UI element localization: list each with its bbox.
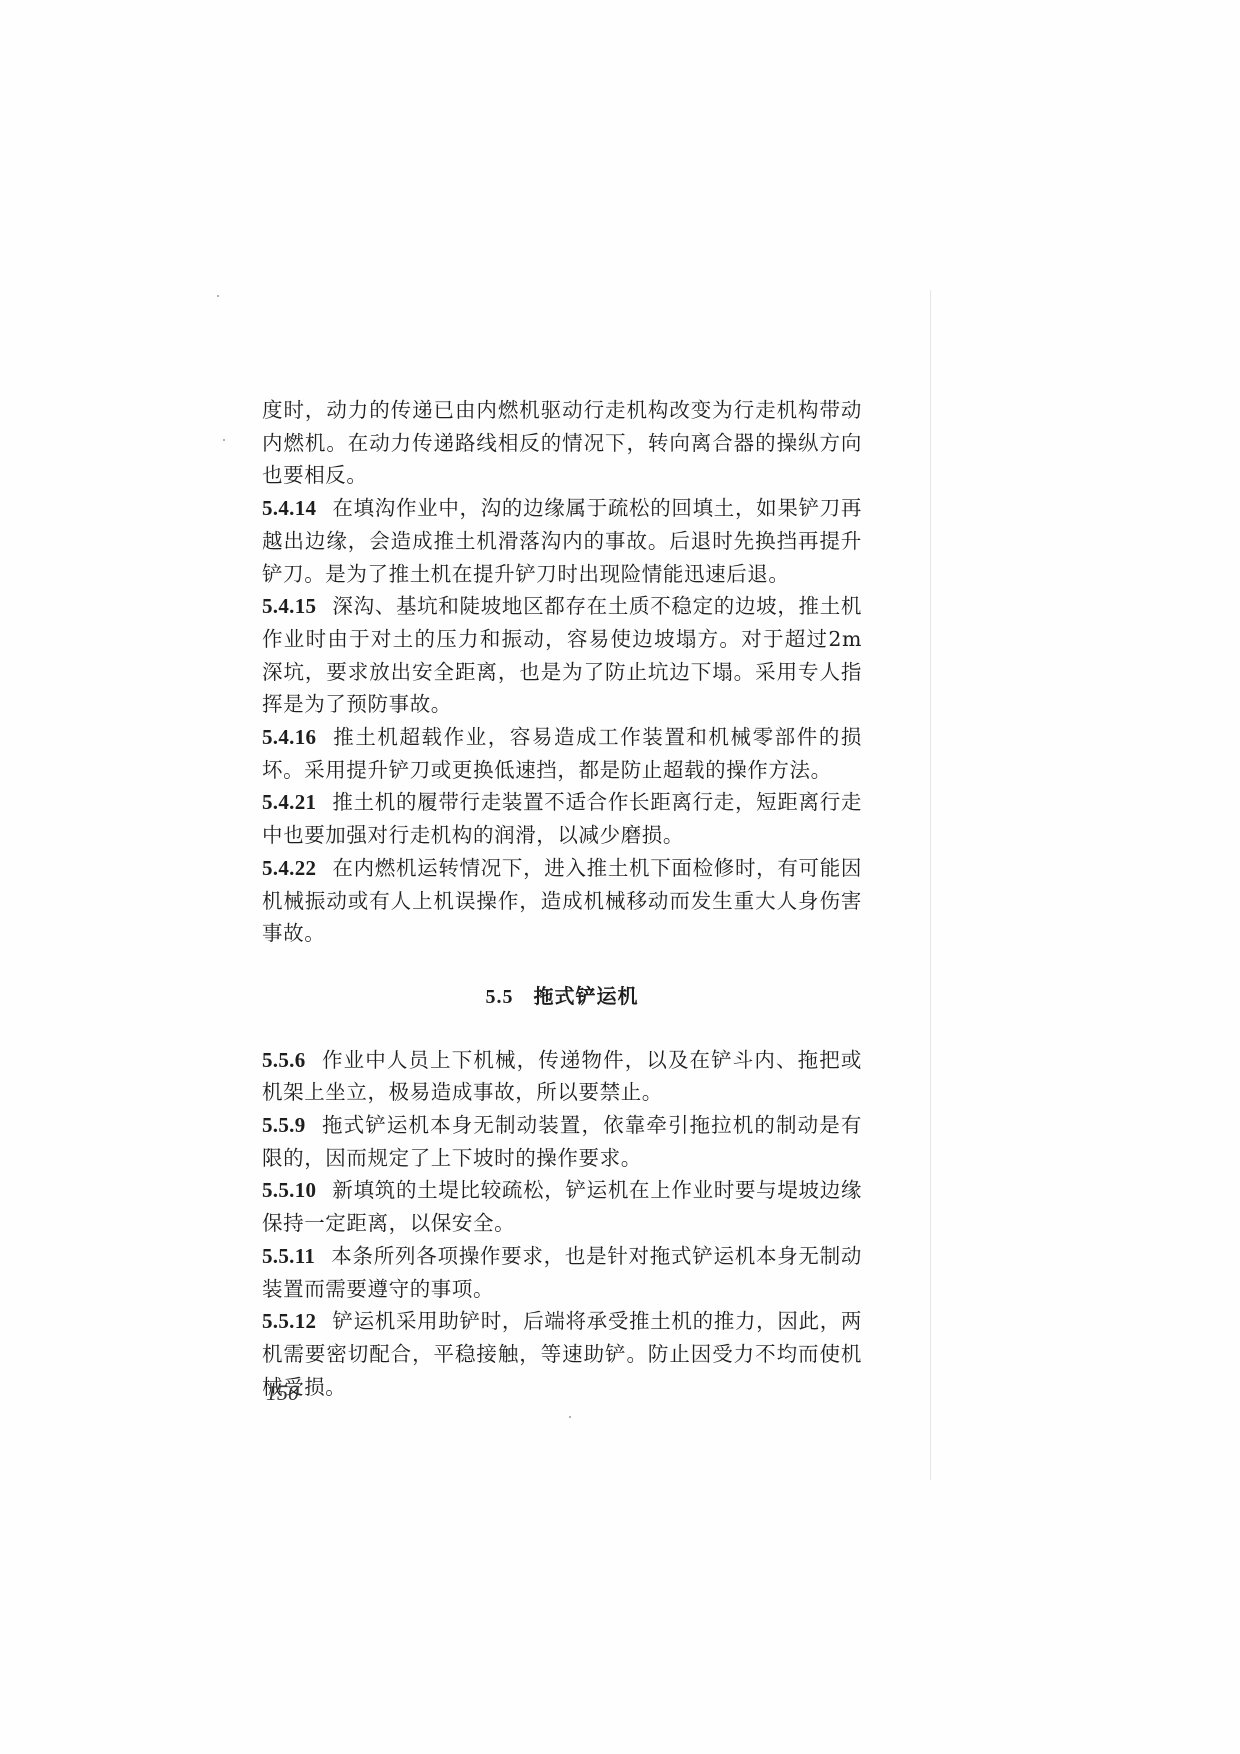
text-column: 度时，动力的传递已由内燃机驱动行走机构改变为行走机构带动内燃机。在动力传递路线相… xyxy=(262,394,862,1403)
clause-5-4-16: 5.4.16推土机超载作业，容易造成工作装置和机械零部件的损坏。采用提升铲刀或更… xyxy=(262,721,862,786)
section-title: 拖式铲运机 xyxy=(534,984,639,1008)
scan-speck xyxy=(217,295,219,297)
clause-text: 铲运机采用助铲时，后端将承受推土机的推力，因此，两机需要密切配合，平稳接触，等速… xyxy=(262,1309,862,1398)
section-number: 5.5 xyxy=(486,986,514,1008)
clause-text: 本条所列各项操作要求，也是针对拖式铲运机本身无制动装置而需要遵守的事项。 xyxy=(262,1244,862,1301)
clause-5-4-15: 5.4.15深沟、基坑和陡坡地区都存在土质不稳定的边坡，推土机作业时由于对土的压… xyxy=(262,590,862,721)
clause-text: 新填筑的土堤比较疏松，铲运机在上作业时要与堤坡边缘保持一定距离，以保安全。 xyxy=(262,1178,862,1235)
clause-text: 在内燃机运转情况下，进入推土机下面检修时，有可能因机械振动或有人上机误操作，造成… xyxy=(262,856,862,945)
page-number: 150 xyxy=(266,1380,299,1406)
clause-text: 推土机的履带行走装置不适合作长距离行走，短距离行走中也要加强对行走机构的润滑，以… xyxy=(262,790,862,847)
clause-5-4-21: 5.4.21推土机的履带行走装置不适合作长距离行走，短距离行走中也要加强对行走机… xyxy=(262,786,862,851)
clause-number: 5.5.10 xyxy=(262,1178,316,1202)
section-heading: 5.5拖式铲运机 xyxy=(262,980,862,1014)
clause-5-5-10: 5.5.10新填筑的土堤比较疏松，铲运机在上作业时要与堤坡边缘保持一定距离，以保… xyxy=(262,1174,862,1239)
clause-5-4-14: 5.4.14在填沟作业中，沟的边缘属于疏松的回填土，如果铲刀再越出边缘，会造成推… xyxy=(262,492,862,590)
clause-5-5-12: 5.5.12铲运机采用助铲时，后端将承受推土机的推力，因此，两机需要密切配合，平… xyxy=(262,1305,862,1403)
clause-text: 在填沟作业中，沟的边缘属于疏松的回填土，如果铲刀再越出边缘，会造成推土机滑落沟内… xyxy=(262,496,862,585)
clause-number: 5.4.21 xyxy=(262,790,316,814)
clause-number: 5.5.11 xyxy=(262,1244,315,1268)
clause-text: 深沟、基坑和陡坡地区都存在土质不稳定的边坡，推土机作业时由于对土的压力和振动，容… xyxy=(262,594,862,716)
clause-text: 推土机超载作业，容易造成工作装置和机械零部件的损坏。采用提升铲刀或更换低速挡，都… xyxy=(262,725,862,782)
clause-5-4-22: 5.4.22在内燃机运转情况下，进入推土机下面检修时，有可能因机械振动或有人上机… xyxy=(262,852,862,950)
scan-speck xyxy=(569,1416,571,1418)
clause-number: 5.4.14 xyxy=(262,496,316,520)
clause-number: 5.5.9 xyxy=(262,1113,306,1137)
clause-5-5-6: 5.5.6作业中人员上下机械，传递物件，以及在铲斗内、拖把或机架上坐立，极易造成… xyxy=(262,1044,862,1109)
clause-5-5-9: 5.5.9拖式铲运机本身无制动装置，依靠牵引拖拉机的制动是有限的，因而规定了上下… xyxy=(262,1109,862,1174)
clause-number: 5.4.15 xyxy=(262,594,316,618)
clause-number: 5.4.16 xyxy=(262,725,316,749)
clause-number: 5.5.6 xyxy=(262,1048,306,1072)
scan-speck xyxy=(223,439,225,441)
document-page: 度时，动力的传递已由内燃机驱动行走机构改变为行走机构带动内燃机。在动力传递路线相… xyxy=(0,0,1240,1754)
clause-number: 5.5.12 xyxy=(262,1309,316,1333)
continuation-paragraph: 度时，动力的传递已由内燃机驱动行走机构改变为行走机构带动内燃机。在动力传递路线相… xyxy=(262,394,862,492)
clause-number: 5.4.22 xyxy=(262,856,316,880)
clause-text: 拖式铲运机本身无制动装置，依靠牵引拖拉机的制动是有限的，因而规定了上下坡时的操作… xyxy=(262,1113,862,1170)
binding-edge-line xyxy=(930,290,931,1480)
clause-5-5-11: 5.5.11本条所列各项操作要求，也是针对拖式铲运机本身无制动装置而需要遵守的事… xyxy=(262,1240,862,1305)
clause-text: 作业中人员上下机械，传递物件，以及在铲斗内、拖把或机架上坐立，极易造成事故，所以… xyxy=(262,1048,862,1105)
